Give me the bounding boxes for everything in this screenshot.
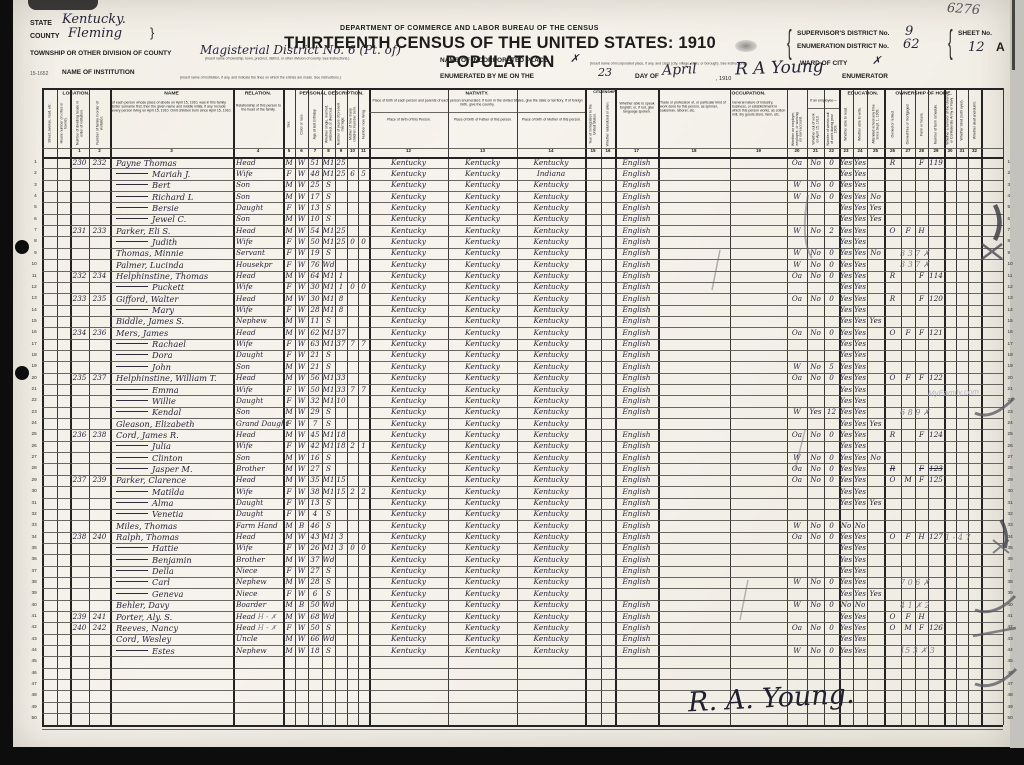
table-row: Mariah J.WifeFW48M12565KentuckyKentuckyI… xyxy=(0,168,1024,179)
cell-m: S xyxy=(320,362,337,373)
cell-relation: Farm Hand xyxy=(236,521,286,532)
cell-lg: English xyxy=(613,430,660,441)
col-number: 18 xyxy=(667,149,721,154)
cell-pf: Kentucky xyxy=(446,487,519,498)
cell-lg: English xyxy=(613,158,660,169)
cell-pf: Kentucky xyxy=(446,328,519,339)
cell-lg: English xyxy=(613,180,660,191)
cell-lg: English xyxy=(613,169,660,180)
cell-pf: Kentucky xyxy=(446,294,519,305)
cell-pm: Kentucky xyxy=(515,226,587,237)
cell-lg: English xyxy=(613,305,660,316)
cell-m: S xyxy=(320,316,337,327)
col-number: 8 xyxy=(324,149,334,154)
table-row xyxy=(0,668,1024,679)
cell-pf: Kentucky xyxy=(446,509,519,520)
col-vlabel-vt: Whether a survivor of the Union or Confe… xyxy=(944,91,956,148)
cell-y: 8 xyxy=(333,294,349,305)
cell-pm: Kentucky xyxy=(515,282,587,293)
table-row: MaryWifeFW28M18KentuckyKentuckyKentuckyE… xyxy=(0,305,1024,316)
cell-relation: Wife xyxy=(236,169,286,180)
cell-relation: Son xyxy=(236,407,286,418)
cell-m: S xyxy=(320,646,337,657)
col-vlabel-text: House number (in cities or towns). xyxy=(60,100,68,146)
cell-relation: Grand Daught xyxy=(236,419,286,430)
cell-lg: English xyxy=(613,214,660,225)
col-vlabel-text: Whether a survivor of the Union or Confe… xyxy=(946,93,954,146)
cell-pb: Kentucky xyxy=(367,180,450,191)
cell-lg: English xyxy=(613,453,660,464)
col-vlabel-sc: Attended school any time since Sept. 1, … xyxy=(867,99,884,148)
table-row: DellaNieceFW27SKentuckyKentuckyKentuckyE… xyxy=(0,566,1024,577)
table-row: 239241Porter, Aly. S.HeadH - ✗MW68WdKent… xyxy=(0,611,1024,622)
census-scan-page: DEPARTMENT OF COMMERCE AND LABOR BUREAU … xyxy=(0,0,1024,765)
cell-relation: Wife xyxy=(236,487,286,498)
cell-sc: Yes xyxy=(865,498,886,509)
cell-name: Bersie xyxy=(116,203,179,214)
table-row xyxy=(0,702,1024,713)
cell-name: Richard L xyxy=(116,192,193,203)
cell-pb: Kentucky xyxy=(367,498,450,509)
col-number: 31 xyxy=(958,149,967,154)
cell-name: Behler, Davy xyxy=(116,600,169,611)
cell-pm: Kentucky xyxy=(515,407,587,418)
cell-relation: Housekpr xyxy=(236,260,286,271)
cell-m: S xyxy=(320,350,337,361)
cell-pf: Kentucky xyxy=(446,634,519,645)
cell-m: S xyxy=(320,566,337,577)
cell-pb: Kentucky xyxy=(367,453,450,464)
cell-pb: Kentucky xyxy=(367,475,450,486)
cell-pb: Kentucky xyxy=(367,294,450,305)
cell-lg: English xyxy=(613,396,660,407)
cell-lg: English xyxy=(613,521,660,532)
cell-wr: Yes xyxy=(851,430,869,441)
cell-relation: Wife xyxy=(236,543,286,554)
col-number: 28 xyxy=(917,149,927,154)
cell-pb: Kentucky xyxy=(367,396,450,407)
table-row: Richard LSonMW17SKentuckyKentuckyKentuck… xyxy=(0,191,1024,202)
cell-f: 237 xyxy=(87,373,112,384)
table-row: Palmer, LucindaHousekprFW76WdKentuckyKen… xyxy=(0,259,1024,270)
cell-lg: English xyxy=(613,362,660,373)
table-row: KendalSonMW29SKentuckyKentuckyKentuckyEn… xyxy=(0,407,1024,418)
pencil-annotation: 3 3 7 ✗ xyxy=(900,248,985,259)
col-desc-pf: Place of birth of Father of this person. xyxy=(450,118,516,148)
cell-lg: English xyxy=(613,282,660,293)
cell-pf: Kentucky xyxy=(446,271,519,282)
cell-relation: Son xyxy=(236,192,286,203)
cell-sc: Yes xyxy=(865,589,886,600)
cell-name: Bert xyxy=(116,180,170,191)
cell-f: 239 xyxy=(87,475,112,486)
cell-pf: Kentucky xyxy=(446,203,519,214)
table-row: JudithWifeFW50M12500KentuckyKentuckyKent… xyxy=(0,236,1024,247)
col-vlabel-bl: Whether blind (both eyes). xyxy=(956,91,968,148)
cell-pm: Kentucky xyxy=(515,316,587,327)
pencil-note: H - ✗ xyxy=(258,624,277,632)
cell-pm: Kentucky xyxy=(515,441,587,452)
cell-name: Parker, Clarence xyxy=(116,475,186,486)
col-vlabel-df: Whether deaf and dumb. xyxy=(968,91,981,148)
cell-name: Puckett xyxy=(116,282,184,293)
cell-fs: 123 xyxy=(926,464,946,475)
cell-m: S xyxy=(320,180,337,191)
cell-m: S xyxy=(320,623,337,634)
cell-f: 242 xyxy=(87,623,112,634)
cell-name: Carl xyxy=(116,577,170,588)
cell-lg: English xyxy=(613,350,660,361)
ditto-dash xyxy=(116,207,148,208)
cell-wr: Yes xyxy=(851,577,869,588)
table-row: GenevaNieceFW6SKentuckyKentuckyKentuckyY… xyxy=(0,588,1024,599)
cell-lg: English xyxy=(613,316,660,327)
cell-pf: Kentucky xyxy=(446,419,519,430)
ditto-dash xyxy=(116,502,148,503)
table-row: WillieDaughtFW32M110KentuckyKentuckyKent… xyxy=(0,395,1024,406)
cell-relation: Nephew xyxy=(236,646,286,657)
cell-relation: Servant xyxy=(236,248,286,259)
cell-y: 37 xyxy=(333,328,349,339)
cell-name: Emma xyxy=(116,385,179,396)
table-row xyxy=(0,679,1024,690)
col-desc-lg: Whether able to speak English; or, if no… xyxy=(617,102,657,146)
col-vlabel-a: Age at last birthday. xyxy=(308,99,322,148)
col-vlabel-text: Age at last birthday. xyxy=(313,101,317,146)
ditto-dash xyxy=(116,468,148,469)
cell-lg: English xyxy=(613,339,660,350)
col-number: 13 xyxy=(457,149,509,154)
col-vlabel-em: Whether an employer, employee, or workin… xyxy=(787,109,807,148)
table-row: AlmaDaughtFW13SKentuckyKentuckyKentuckyE… xyxy=(0,498,1024,509)
cell-relation: Daught xyxy=(236,498,286,509)
cell-m: Wd xyxy=(320,555,337,566)
cell-fs: 114 xyxy=(926,271,946,282)
group-title-citizenship: CITIZENSHIP. xyxy=(593,90,607,94)
cell-pm: Kentucky xyxy=(515,453,587,464)
col-vlabel-text: Whether deaf and dumb. xyxy=(973,93,977,146)
cell-m: S xyxy=(320,589,337,600)
cell-f: 238 xyxy=(87,430,112,441)
cell-relation: Son xyxy=(236,214,286,225)
table-row: Miles, ThomasFarm HandMB46SKentuckyKentu… xyxy=(0,520,1024,531)
col-vlabel-cl: Number now living. xyxy=(358,99,369,148)
cell-pb: Kentucky xyxy=(367,305,450,316)
cell-f: 240 xyxy=(87,532,112,543)
cell-or: R xyxy=(882,294,903,305)
cell-pb: Kentucky xyxy=(367,373,450,384)
col-vlabel-fh: Farm or house. xyxy=(915,99,928,148)
cell-m: Wd xyxy=(320,612,337,623)
group-title-education: EDUCATION. xyxy=(848,90,876,96)
table-row: 235237Helphinstine, William T.HeadMW56M1… xyxy=(0,373,1024,384)
cell-pm: Kentucky xyxy=(515,419,587,430)
ditto-dash xyxy=(116,309,148,310)
cell-relation: Head xyxy=(236,532,286,543)
col-number: 26 xyxy=(886,149,899,154)
watermark: MyFamily.com xyxy=(928,387,979,398)
cell-name: Palmer, Lucinda xyxy=(116,260,184,271)
ditto-dash xyxy=(116,559,148,560)
cell-m: Wd xyxy=(320,260,337,271)
cell-relation: Son xyxy=(236,453,286,464)
ditto-dash xyxy=(116,241,148,242)
cell-pf: Kentucky xyxy=(446,158,519,169)
cell-lg: English xyxy=(613,623,660,634)
cell-name: Julia xyxy=(116,441,171,452)
cell-name: Jewel C. xyxy=(116,214,186,225)
cell-m: S xyxy=(320,464,337,475)
cell-lg: English xyxy=(613,487,660,498)
cell-name: Payne Thomas xyxy=(116,158,177,169)
cell-name: Judith xyxy=(116,237,177,248)
table-row: MatildaWifeFW38M11522KentuckyKentuckyKen… xyxy=(0,486,1024,497)
col-number: 15 xyxy=(587,149,599,154)
cell-name: Mers, James xyxy=(116,328,168,339)
col-vlabel-text: Attended school any time since Sept. 1, … xyxy=(872,101,880,146)
col-vlabel-text: Number of weeks out of work during year … xyxy=(826,110,837,146)
col-number: 4 xyxy=(239,149,277,154)
cell-lg: English xyxy=(613,294,660,305)
table-row: 231233Parker, Eli S.HeadMW54M125Kentucky… xyxy=(0,225,1024,236)
cell-pb: Kentucky xyxy=(367,532,450,543)
col-number: 12 xyxy=(379,149,438,154)
cell-pf: Kentucky xyxy=(446,180,519,191)
pencil-note: H - ✗ xyxy=(258,613,277,621)
cell-or: R xyxy=(882,464,903,475)
cell-pb: Kentucky xyxy=(367,612,450,623)
ditto-dash xyxy=(116,513,148,514)
cell-name: Mariah J. xyxy=(116,169,190,180)
col-vlabel-text: Whether blind (both eyes). xyxy=(960,93,964,146)
table-row: Behler, DavyBoarderMB50WdKentuckyKentuck… xyxy=(0,600,1024,611)
cell-pb: Kentucky xyxy=(367,203,450,214)
cell-name: John xyxy=(116,362,171,373)
col-desc-pb: Place of birth of this Person. xyxy=(371,118,447,148)
col-number: 14 xyxy=(526,149,577,154)
cell-name: Jasper M. xyxy=(116,464,193,475)
cell-lg: English xyxy=(613,646,660,657)
grid-hline xyxy=(42,725,1003,727)
table-row: 233235Gifford, WalterHeadMW30M18Kentucky… xyxy=(0,293,1024,304)
cell-relation: Daught xyxy=(236,350,286,361)
col-vlabel-sx: Sex. xyxy=(283,99,295,148)
pencil-annotation: 1 - 4 7 xyxy=(945,532,1005,543)
cell-relation: Brother xyxy=(236,464,286,475)
cell-relation: Wife xyxy=(236,441,286,452)
cell-pb: Kentucky xyxy=(367,430,450,441)
col-number: 23 xyxy=(841,149,852,154)
cell-sc: Yes xyxy=(865,203,886,214)
cell-pf: Kentucky xyxy=(446,555,519,566)
cell-pb: Kentucky xyxy=(367,577,450,588)
ditto-dash xyxy=(116,547,148,548)
cell-relation: Uncle xyxy=(236,634,286,645)
grid-hline xyxy=(42,729,1003,730)
cell-relation: Wife xyxy=(236,237,286,248)
col-number: 3 xyxy=(125,149,217,154)
cell-fh: H xyxy=(913,612,930,623)
col-vlabel-text: Year of immigration to the United States… xyxy=(589,101,597,146)
col-vlabel-c: Color or race. xyxy=(295,99,308,148)
cell-name: Cord, Wesley xyxy=(116,634,171,645)
cell-relation: Head xyxy=(236,475,286,486)
cell-pb: Kentucky xyxy=(367,441,450,452)
cell-wr: Yes xyxy=(851,237,869,248)
col-number: 16 xyxy=(603,149,614,154)
cell-wr: Yes xyxy=(851,634,869,645)
cell-m: S xyxy=(320,192,337,203)
cell-wr: Yes xyxy=(851,566,869,577)
cell-relation: Head xyxy=(236,226,286,237)
col-vlabel-text: Owned free or mortgaged. xyxy=(906,101,910,146)
table-row: 234236Mers, JamesHeadMW62M137KentuckyKen… xyxy=(0,327,1024,338)
cell-lg: English xyxy=(613,475,660,486)
col-vlabel-text: Mother of how many children: Number born… xyxy=(349,101,357,146)
ditto-dash xyxy=(116,491,148,492)
cell-y: 1 xyxy=(333,271,349,282)
cell-relation: Son xyxy=(236,180,286,191)
col-number: 7 xyxy=(310,149,321,154)
cell-name: Kendal xyxy=(116,407,181,418)
cell-pb: Kentucky xyxy=(367,600,450,611)
cell-pm: Kentucky xyxy=(515,612,587,623)
cell-pf: Kentucky xyxy=(446,385,519,396)
pencil-annotation: 15 3 ✗ 3 xyxy=(900,645,985,656)
cell-pf: Kentucky xyxy=(446,373,519,384)
table-row: Thomas, MinnieServantFW19SKentuckyKentuc… xyxy=(0,248,1024,259)
cell-lg: English xyxy=(613,373,660,384)
col-vlabel-text: Whether able to write. xyxy=(858,101,862,146)
cell-pm: Kentucky xyxy=(515,646,587,657)
cell-relation: Niece xyxy=(236,566,286,577)
cell-wr: Yes xyxy=(851,169,869,180)
group-title-location: LOCATION. xyxy=(55,90,97,96)
cell-fs: 124 xyxy=(926,430,946,441)
cell-pm: Kentucky xyxy=(515,566,587,577)
cell-pf: Kentucky xyxy=(446,453,519,464)
cell-pb: Kentucky xyxy=(367,169,450,180)
col-vlabel-text: Farm or house. xyxy=(920,101,924,146)
ditto-dash xyxy=(116,184,148,185)
col-vlabel-text: Whether naturalized or alien. xyxy=(606,101,610,146)
col-desc-tr: Trade or profession of, or particular ki… xyxy=(660,101,729,147)
cell-pm: Kentucky xyxy=(515,600,587,611)
ditto-dash xyxy=(116,389,148,390)
cell-lg: English xyxy=(613,203,660,214)
cell-relation: Niece xyxy=(236,589,286,600)
cell-relation: Nephew xyxy=(236,577,286,588)
ditto-dash xyxy=(116,343,148,344)
cell-y: 8 xyxy=(333,305,349,316)
cell-wr: Yes xyxy=(851,385,869,396)
group-title-ownership: OWNERSHIP OF HOME. xyxy=(895,90,932,96)
cell-pm: Kentucky xyxy=(515,362,587,373)
cell-f: 235 xyxy=(87,294,112,305)
cell-lg: English xyxy=(613,498,660,509)
cell-pm: Kentucky xyxy=(515,328,587,339)
cell-pb: Kentucky xyxy=(367,248,450,259)
col-vlabel-im: Year of immigration to the United States… xyxy=(585,99,601,148)
col-number: 17 xyxy=(620,149,652,154)
cell-name: Reeves, Nancy xyxy=(116,623,178,634)
cell-lg: English xyxy=(613,634,660,645)
census-table: LOCATION.NAMERELATION.PERSONAL DESCRIPTI… xyxy=(0,0,1024,765)
cell-pb: Kentucky xyxy=(367,192,450,203)
table-row: PuckettWifeFW30M1100KentuckyKentuckyKent… xyxy=(0,282,1024,293)
cell-wr: Yes xyxy=(851,543,869,554)
cell-lg: English xyxy=(613,328,660,339)
cell-relation: Son xyxy=(236,362,286,373)
cell-pm: Kentucky xyxy=(515,339,587,350)
cell-fs: 121 xyxy=(926,328,946,339)
cell-relation: Wife xyxy=(236,339,286,350)
cell-m: S xyxy=(320,498,337,509)
cell-lg: English xyxy=(613,464,660,475)
cell-pm: Kentucky xyxy=(515,623,587,634)
table-row: 237239Parker, ClarenceHeadMW35M115Kentuc… xyxy=(0,475,1024,486)
col-number: 29 xyxy=(930,149,942,154)
cell-pf: Kentucky xyxy=(446,169,519,180)
cell-m: Wd xyxy=(320,600,337,611)
cell-pf: Kentucky xyxy=(446,521,519,532)
cell-pm: Indiana xyxy=(515,169,587,180)
cell-name: Hattie xyxy=(116,543,178,554)
col-vlabel-text: Owned or rented. xyxy=(891,101,895,146)
cell-pm: Kentucky xyxy=(515,509,587,520)
cell-pf: Kentucky xyxy=(446,396,519,407)
table-row: 236238Cord, James R.HeadMW45M118Kentucky… xyxy=(0,429,1024,440)
cell-name: Matilda xyxy=(116,487,184,498)
cell-pm: Kentucky xyxy=(515,248,587,259)
cell-name: Alma xyxy=(116,498,173,509)
cell-pf: Kentucky xyxy=(446,612,519,623)
cell-pf: Kentucky xyxy=(446,600,519,611)
cell-f: 236 xyxy=(87,328,112,339)
cell-sc: Yes xyxy=(865,316,886,327)
col-number: 5 xyxy=(285,149,294,154)
cell-pm: Kentucky xyxy=(515,577,587,588)
cell-pm: Kentucky xyxy=(515,385,587,396)
cell-pm: Kentucky xyxy=(515,430,587,441)
col-number: 21 xyxy=(809,149,822,154)
cell-fs: 126 xyxy=(926,623,946,634)
cell-relation: Head xyxy=(236,328,286,339)
cell-lg: English xyxy=(613,600,660,611)
cell-y: 25 xyxy=(333,158,349,169)
cell-pb: Kentucky xyxy=(367,158,450,169)
cell-pf: Kentucky xyxy=(446,441,519,452)
cell-wr: Yes xyxy=(851,305,869,316)
cell-or: R xyxy=(882,430,903,441)
cell-wr: Yes xyxy=(851,396,869,407)
col-vlabel-text: Whether out of work on April 15, 1910. xyxy=(812,110,820,146)
cell-lg: English xyxy=(613,555,660,566)
cell-name: Rachael xyxy=(116,339,186,350)
cell-pb: Kentucky xyxy=(367,543,450,554)
cell-relation: Wife xyxy=(236,385,286,396)
cell-y: 18 xyxy=(333,430,349,441)
cell-pf: Kentucky xyxy=(446,589,519,600)
ditto-dash xyxy=(116,457,148,458)
cell-wr: Yes xyxy=(851,475,869,486)
cell-name: Miles, Thomas xyxy=(116,521,177,532)
cell-pm: Kentucky xyxy=(515,543,587,554)
cell-y: 15 xyxy=(333,475,349,486)
pencil-annotation: 7 0 6 ✗ xyxy=(900,577,985,588)
cell-pm: Kentucky xyxy=(515,464,587,475)
cell-name: Benjamin xyxy=(116,555,192,566)
